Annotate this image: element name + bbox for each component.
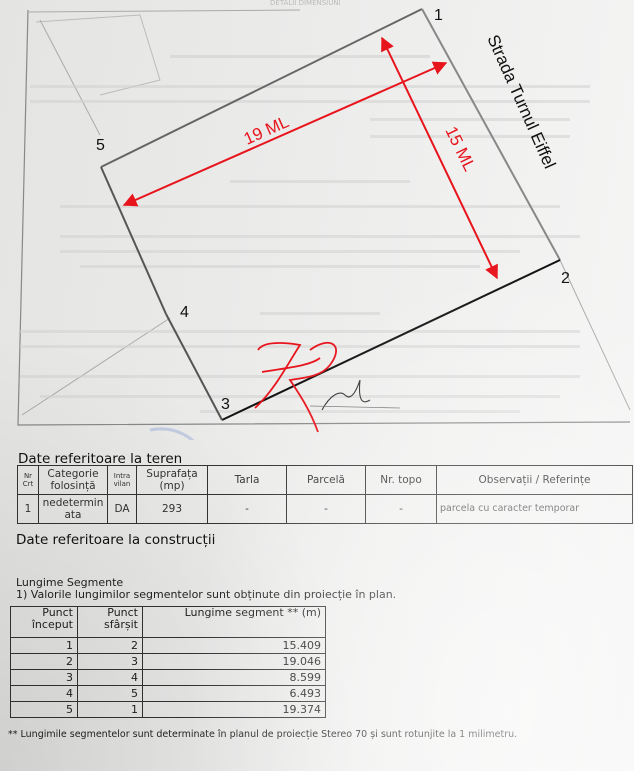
cell-punct-inceput: 5 xyxy=(11,702,78,718)
table-row: 1215.409 xyxy=(11,638,326,654)
header-suprafata: Suprafața (mp) xyxy=(137,466,208,495)
cell-observatii: parcela cu caracter temporar xyxy=(437,495,633,524)
kr-studio-signature xyxy=(255,343,400,432)
cell-punct-sfarsit: 2 xyxy=(78,638,143,654)
segmente-heading: Lungime Segmente 1) Valorile lungimilor … xyxy=(16,577,396,601)
header-nr-topo: Nr. topo xyxy=(366,466,437,495)
cell-punct-sfarsit: 3 xyxy=(78,654,143,670)
point-3-label: 3 xyxy=(221,396,230,413)
dimension-arrow-short xyxy=(382,38,497,278)
point-2-label: 2 xyxy=(561,270,570,287)
point-1-label: 1 xyxy=(434,7,443,24)
cell-lungime: 8.599 xyxy=(143,670,326,686)
cell-punct-inceput: 2 xyxy=(11,654,78,670)
header-lungime-segment: Lungime segment ** (m) xyxy=(143,607,326,638)
segmente-subtitle: 1) Valorile lungimilor segmentelor sunt … xyxy=(16,589,396,601)
cell-suprafata: 293 xyxy=(137,495,208,524)
header-intravilan: Intra vilan xyxy=(108,466,137,495)
cell-punct-sfarsit: 4 xyxy=(78,670,143,686)
point-5-label: 5 xyxy=(96,137,105,154)
parcel-plan: DETALII DIMENSIUNI 1 2 3 4 5 Strada Turn… xyxy=(0,0,634,440)
cell-tarla: - xyxy=(208,495,287,524)
header-parcela: Parcelă xyxy=(287,466,366,495)
table-row: 348.599 xyxy=(11,670,326,686)
cadastral-document: DETALII DIMENSIUNI 1 2 3 4 5 Strada Turn… xyxy=(0,0,634,771)
cell-categorie: nedetermin ata xyxy=(39,495,108,524)
segmente-footnote: ** Lungimile segmentelor sunt determinat… xyxy=(8,729,517,740)
teren-header-row: Nr Crt Categorie folosință Intra vilan S… xyxy=(18,466,633,495)
header-punct-sfarsit: Punct sfârșit xyxy=(78,607,143,638)
dimension-label-short: 15 ML xyxy=(441,123,479,174)
constructii-section-title: Date referitoare la construcții xyxy=(16,532,215,548)
cell-punct-sfarsit: 1 xyxy=(78,702,143,718)
header-tarla: Tarla xyxy=(208,466,287,495)
cell-intravilan: DA xyxy=(108,495,137,524)
cell-lungime: 6.493 xyxy=(143,686,326,702)
table-row: 2319.046 xyxy=(11,654,326,670)
header-observatii: Observații / Referințe xyxy=(437,466,633,495)
dimension-arrow-long xyxy=(124,63,446,205)
cell-punct-inceput: 4 xyxy=(11,686,78,702)
cell-parcela: - xyxy=(287,495,366,524)
cell-nr-topo: - xyxy=(366,495,437,524)
parcel-polygon xyxy=(101,9,560,420)
header-fragment: DETALII DIMENSIUNI xyxy=(270,0,341,7)
table-row: 5119.374 xyxy=(11,702,326,718)
point-4-label: 4 xyxy=(180,304,189,321)
segmente-table: Punct început Punct sfârșit Lungime segm… xyxy=(10,606,326,718)
cell-lungime: 15.409 xyxy=(143,638,326,654)
cell-nr: 1 xyxy=(18,495,39,524)
header-punct-inceput: Punct început xyxy=(11,607,78,638)
teren-table: Nr Crt Categorie folosință Intra vilan S… xyxy=(17,465,633,524)
cell-punct-inceput: 1 xyxy=(11,638,78,654)
segmente-header-row: Punct început Punct sfârșit Lungime segm… xyxy=(11,607,326,638)
table-row: 456.493 xyxy=(11,686,326,702)
stamp-mark xyxy=(150,429,206,440)
header-categorie: Categorie folosință xyxy=(39,466,108,495)
cell-punct-inceput: 3 xyxy=(11,670,78,686)
table-row: 1 nedetermin ata DA 293 - - - parcela cu… xyxy=(18,495,633,524)
cell-punct-sfarsit: 5 xyxy=(78,686,143,702)
cell-lungime: 19.374 xyxy=(143,702,326,718)
cell-lungime: 19.046 xyxy=(143,654,326,670)
header-nr-crt: Nr Crt xyxy=(18,466,39,495)
